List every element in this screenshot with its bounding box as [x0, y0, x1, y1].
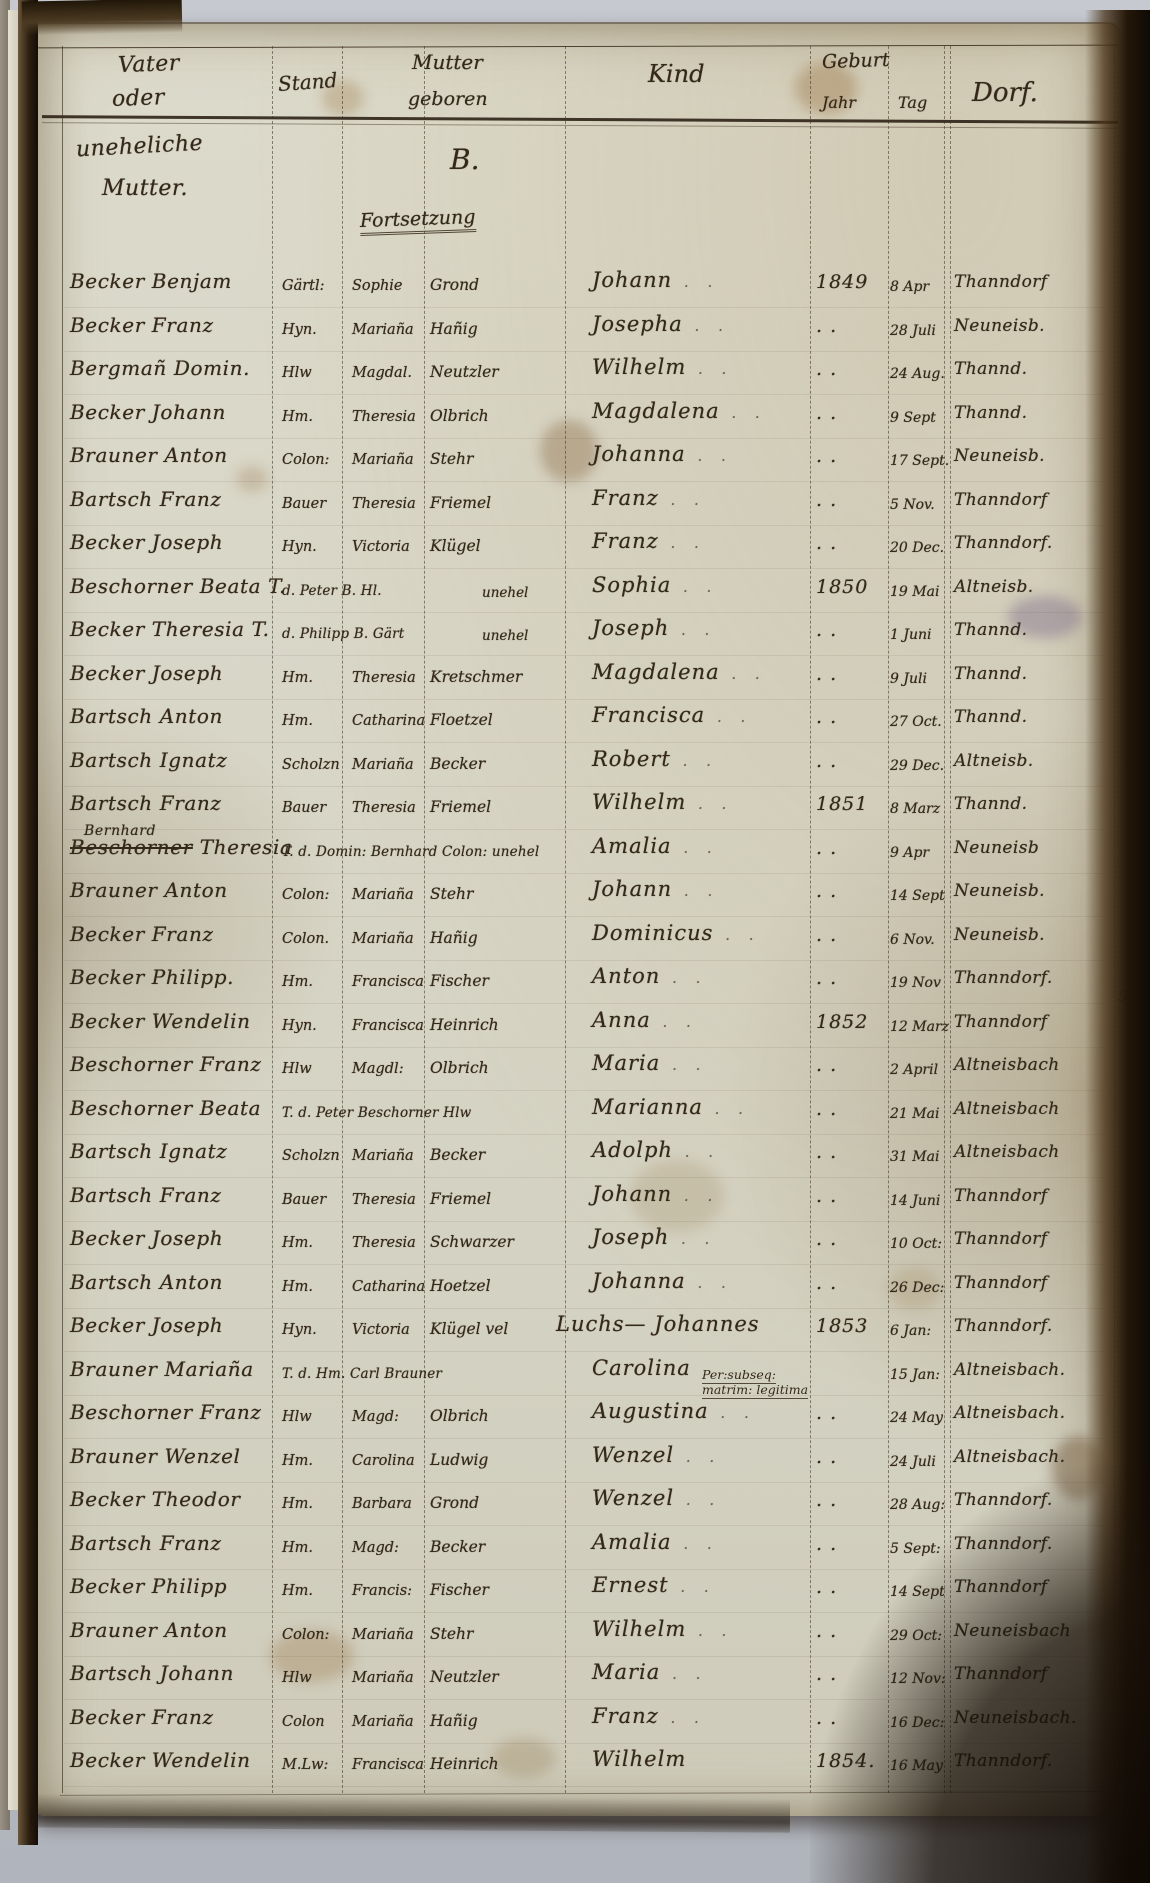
register-row: Brauner AntonColon:MariañaStehrJohann. .… [0, 874, 1150, 917]
mother-maiden-name: Stehr [430, 887, 473, 903]
father-name: Beschorner Beata [70, 1098, 261, 1118]
birth-year: . . [816, 1709, 837, 1728]
birth-year: . . [816, 317, 837, 336]
register-row: +BernhardBeschorner TheresiaT. d. Domin:… [0, 831, 1150, 874]
mother-maiden-name: Neutzler [430, 1670, 499, 1686]
father-status: Hm. [282, 1541, 313, 1556]
mother-maiden-name: Friemel [430, 800, 491, 816]
header-father-line1: Vater [118, 53, 181, 77]
father-status: Hyn. [282, 1019, 317, 1034]
mother-given-name: Magdal. [352, 366, 412, 381]
mother-maiden-name: Becker [430, 1540, 485, 1556]
legitimation-note: Per:subseq:matrim: legitima [702, 1367, 872, 1397]
birth-year: . . [816, 1578, 837, 1597]
child-name: Anna [592, 1010, 698, 1031]
village-name: Thanndorf. [954, 970, 1053, 987]
father-status: Hm. [282, 1454, 313, 1469]
village-name: Thannd. [954, 405, 1027, 422]
birth-day: 2 April [890, 1063, 938, 1077]
mother-maiden-name: Hoetzel [430, 1279, 491, 1295]
mother-given-name: Francis: [352, 1584, 412, 1599]
father-status: Hm. [282, 714, 313, 729]
birth-year: . . [816, 1187, 837, 1206]
father-status: Hm. [282, 1236, 313, 1251]
header-father-line2: oder [112, 87, 166, 111]
village-name: Thanndorf [954, 1666, 1047, 1683]
mother-given-name: Carolina [352, 1454, 415, 1469]
birth-day: 5 Sept: [890, 1542, 941, 1556]
register-photo: Vater oder uneheliche Mutter. Stand Mutt… [0, 0, 1150, 1883]
village-name: Thanndorf. [954, 1492, 1053, 1509]
register-row: Bartsch FranzBauerTheresiaFriemelFranz. … [0, 483, 1150, 526]
village-name: Altneisbach [954, 1057, 1060, 1074]
child-name: Adolph [592, 1140, 720, 1161]
cross-mark: + [20, 1357, 40, 1381]
child-name: Franz [592, 488, 706, 509]
father-status: Colon. [282, 932, 329, 947]
row-guide-line [64, 1786, 1104, 1787]
mother-maiden-name: Kretschmer [430, 670, 522, 686]
mother-given-name: Mariaña [352, 1715, 414, 1730]
child-name: Amalia [592, 836, 719, 857]
father-status: Hyn. [282, 540, 317, 555]
birth-year: . . [816, 1143, 837, 1162]
register-row: Becker FranzColon.MariañaHañigDominicus.… [0, 918, 1150, 961]
village-name: Thanndorf. [954, 1318, 1053, 1335]
father-name: Bartsch Anton [70, 706, 223, 726]
child-name: Wilhelm [592, 792, 733, 813]
father-name: Becker Theodor [70, 1489, 241, 1509]
mother-given-name: Mariaña [352, 932, 414, 947]
birth-day: 21 Mai [890, 1107, 939, 1121]
mother-given-name: Francisca [352, 1019, 424, 1034]
birth-day: 10 Oct: [890, 1237, 942, 1251]
birth-day: 8 Marz [890, 802, 940, 816]
register-row: Becker JohannHm.TheresiaOlbrichMagdalena… [0, 396, 1150, 439]
birth-year: . . [816, 447, 837, 466]
birth-year: . . [816, 882, 837, 901]
header-birth: Geburt [822, 51, 890, 72]
child-name: Augustina [592, 1401, 756, 1422]
father-status: Gärtl: [282, 279, 325, 294]
birth-day: 9 Sept [890, 411, 936, 425]
mother-maiden-name: Schwarzer [430, 1235, 514, 1251]
birth-day: 12 Nov: [890, 1672, 946, 1686]
father-name: Brauner Anton [70, 880, 228, 900]
mother-given-name: Theresia [352, 497, 416, 512]
father-status: Scholzn [282, 758, 340, 773]
cross-mark: + [20, 1096, 40, 1120]
header-father-line4: Mutter. [102, 178, 188, 200]
header-birth-day: Tag [898, 95, 927, 111]
mother-given-name: Mariaña [352, 323, 414, 338]
father-name: Becker Franz [70, 1707, 214, 1727]
birth-year: . . [816, 1404, 837, 1423]
father-name: Beschorner Beata T. [70, 576, 286, 596]
child-name: Maria [592, 1053, 707, 1074]
father-name: Becker Franz [70, 924, 214, 944]
register-row: Bartsch IgnatzScholznMariañaBeckerAdolph… [0, 1135, 1150, 1178]
mother-maiden-name: Fischer [430, 974, 489, 990]
mother-maiden-name: Friemel [430, 1192, 491, 1208]
register-row: Bartsch AntonHm.CatharinaFloetzelFrancis… [0, 700, 1150, 743]
register-row: +Brauner MariañaT. d. Hm. Carl BraunerCa… [0, 1353, 1150, 1396]
village-name: Thanndorf [954, 1231, 1047, 1248]
birth-day: 15 Jan: [890, 1368, 940, 1382]
village-name: Neuneisb. [954, 318, 1045, 335]
birth-day: 12 Marz [890, 1020, 949, 1034]
mother-given-name: Mariaña [352, 888, 414, 903]
child-name: Marianna [592, 1097, 750, 1118]
mother-maiden-name: Heinrich [430, 1018, 499, 1034]
child-name: Johann [592, 270, 719, 291]
birth-year: . . [816, 491, 837, 510]
mother-given-name: Theresia [352, 671, 416, 686]
header-child: Kind [648, 62, 704, 86]
birth-year: . . [816, 534, 837, 553]
birth-day: 6 Nov. [890, 933, 935, 947]
illegitimate-note: unehel [482, 587, 528, 601]
child-name: Wenzel [592, 1488, 721, 1509]
father-name: Brauner Anton [70, 445, 228, 465]
parent-descent-note: d. Peter B. Hl. [282, 585, 382, 599]
mother-given-name: Mariaña [352, 1671, 414, 1686]
mother-maiden-name: Hañig [430, 1714, 478, 1730]
birth-year: 1850 [816, 578, 868, 597]
father-status: Colon: [282, 1628, 329, 1643]
birth-year: . . [816, 1665, 837, 1684]
register-row: +Beschorner BeataT. d. Peter Beschorner … [0, 1092, 1150, 1135]
child-name: Sophia [592, 575, 718, 596]
father-status: Hlw [282, 1062, 312, 1077]
register-row: Brauner AntonColon:MariañaStehrJohanna. … [0, 439, 1150, 482]
father-name: Bartsch Franz [70, 1185, 222, 1205]
birth-day: 19 Nov [890, 976, 941, 990]
register-row: Becker JosephHm.TheresiaSchwarzerJoseph.… [0, 1222, 1150, 1265]
village-name: Neuneisb. [954, 883, 1045, 900]
village-name: Thanndorf. [954, 535, 1053, 552]
mother-maiden-name: Klügel [430, 539, 481, 555]
birth-year: . . [816, 665, 837, 684]
child-name: Wilhelm [592, 357, 733, 378]
child-name: Magdalena [592, 401, 767, 422]
father-name: Bartsch Anton [70, 1272, 223, 1292]
mother-given-name: Victoria [352, 540, 410, 555]
village-name: Thannd. [954, 796, 1027, 813]
header-village: Dorf. [972, 80, 1038, 106]
father-name: Bartsch Franz [70, 793, 222, 813]
birth-year: . . [816, 708, 837, 727]
father-name: Becker Wendelin [70, 1750, 251, 1770]
mother-given-name: Francisca [352, 975, 424, 990]
birth-day: 9 Juli [890, 672, 927, 686]
father-name: Bartsch Johann [70, 1663, 234, 1683]
birth-year: . . [816, 839, 837, 858]
parent-descent-note: T. d. Hm. Carl Brauner [282, 1368, 442, 1382]
mother-maiden-name: Olbrich [430, 1061, 489, 1077]
parent-descent-note: d. Philipp B. Gärt [282, 628, 404, 642]
birth-year: . . [816, 926, 837, 945]
mother-maiden-name: Stehr [430, 1627, 473, 1643]
child-name: Joseph [592, 618, 716, 639]
village-name: Thanndorf [954, 492, 1047, 509]
village-name: Thanndorf [954, 1188, 1047, 1205]
father-name: Becker Benjam [70, 271, 232, 291]
birth-year: . . [816, 1230, 837, 1249]
father-name: Bergmañ Domin. [70, 358, 250, 378]
father-name: Becker Philipp [70, 1576, 227, 1596]
birth-day: 14 Sept [890, 1585, 945, 1599]
birth-year: . . [816, 404, 837, 423]
register-row: Bartsch JohannHlwMariañaNeutzlerMaria. .… [0, 1657, 1150, 1700]
section-letter: B. [450, 146, 479, 174]
father-status: Hyn. [282, 1323, 317, 1338]
birth-year: . . [816, 752, 837, 771]
birth-day: 19 Mai [890, 585, 939, 599]
birth-year: . . [816, 1274, 837, 1293]
mother-given-name: Barbara [352, 1497, 412, 1512]
village-name: Thannd. [954, 709, 1027, 726]
illegitimate-note: unehel [482, 630, 528, 644]
village-name: Thannd. [954, 622, 1027, 639]
father-name: Becker Johann [70, 402, 226, 422]
register-row: Becker TheodorHm.BarbaraGrondWenzel. .28… [0, 1483, 1150, 1526]
mother-maiden-name: Stehr [430, 452, 473, 468]
father-status: Colon: [282, 888, 329, 903]
header-birth-year: Jahr [822, 95, 856, 111]
mother-given-name: Theresia [352, 410, 416, 425]
father-name: Becker Theresia T. [70, 619, 270, 639]
father-status: Hm. [282, 410, 313, 425]
father-name: Becker Joseph [70, 663, 223, 683]
register-row: Bartsch IgnatzScholznMariañaBeckerRobert… [0, 744, 1150, 787]
register-row: Becker PhilippHm.Francis:FischerErnest. … [0, 1570, 1150, 1613]
birth-day: 31 Mai [890, 1150, 939, 1164]
mother-maiden-name: Ludwig [430, 1453, 488, 1469]
father-name: Brauner Wenzel [70, 1446, 241, 1466]
father-status: Bauer [282, 497, 326, 512]
village-name: Neuneisb. [954, 448, 1045, 465]
village-name: Altneisbach. [954, 1405, 1065, 1422]
register-row: Becker Philipp.Hm.FranciscaFischerAnton.… [0, 961, 1150, 1004]
father-status: Bauer [282, 1193, 326, 1208]
father-name: Becker Franz [70, 315, 214, 335]
register-row: Bartsch FranzBauerTheresiaFriemelWilhelm… [0, 787, 1150, 830]
father-status: Hm. [282, 1280, 313, 1295]
birth-day: 28 Juli [890, 324, 936, 338]
mother-maiden-name: Neutzler [430, 365, 499, 381]
register-row: Bartsch AntonHm.CatharinaHoetzelJohanna.… [0, 1266, 1150, 1309]
mother-given-name: Theresia [352, 1236, 416, 1251]
register-row: Brauner AntonColon:MariañaStehrWilhelm. … [0, 1614, 1150, 1657]
birth-year: . . [816, 1056, 837, 1075]
birth-year: . . [816, 1535, 837, 1554]
village-name: Neuneisb. [954, 927, 1045, 944]
father-name: Brauner Mariaña [70, 1359, 254, 1379]
father-name: Becker Joseph [70, 1228, 223, 1248]
register-row: Becker FranzHyn.MariañaHañigJosepha. .28… [0, 309, 1150, 352]
village-name: Thannd. [954, 361, 1027, 378]
child-name: Maria [592, 1662, 707, 1683]
register-row: +Beschorner Beata T.d. Peter B. Hl.unehe… [0, 570, 1150, 613]
child-name: Johanna [592, 444, 733, 465]
birth-year: . . [816, 969, 837, 988]
mother-maiden-name: Hañig [430, 322, 478, 338]
father-name: Bartsch Ignatz [70, 750, 227, 770]
register-row: Beschorner FranzHlwMagdl:OlbrichMaria. .… [0, 1048, 1150, 1091]
mother-given-name: Francisca [352, 1758, 424, 1773]
register-row: Bartsch FranzHm.Magd:BeckerAmalia. .5 Se… [0, 1527, 1150, 1570]
birth-day: 17 Sept. [890, 454, 949, 468]
header-mother-line1: Mutter [412, 52, 483, 72]
birth-day: 24 Aug. [890, 367, 945, 381]
register-row: Bergmañ Domin.HlwMagdal.NeutzlerWilhelm.… [0, 352, 1150, 395]
child-name: Dominicus [592, 923, 761, 944]
child-name: Carolina [592, 1358, 691, 1379]
mother-given-name: Magd: [352, 1541, 399, 1556]
child-name: Magdalena [592, 662, 767, 683]
father-status: Hlw [282, 1671, 312, 1686]
mother-given-name: Magd: [352, 1410, 399, 1425]
header-stand: Stand [277, 70, 338, 94]
cross-mark: + [20, 617, 40, 641]
birth-year: 1851 [816, 795, 868, 814]
father-status: Hm. [282, 1497, 313, 1512]
birth-year: 1853 [816, 1317, 868, 1336]
child-name: Anton [592, 966, 707, 987]
register-row: Becker JosephHm.TheresiaKretschmerMagdal… [0, 657, 1150, 700]
parent-descent-note: T. d. Peter Beschorner Hlw [282, 1107, 471, 1121]
birth-year: . . [816, 1622, 837, 1641]
birth-day: 1 Juni [890, 628, 931, 642]
mother-maiden-name: Floetzel [430, 713, 493, 729]
father-name: Brauner Anton [70, 1620, 228, 1640]
mother-maiden-name: Becker [430, 757, 485, 773]
register-row: +Becker Theresia T.d. Philipp B. Gärtune… [0, 613, 1150, 656]
mother-given-name: Catharina [352, 1280, 425, 1295]
child-name: Joseph [592, 1227, 716, 1248]
village-name: Thanndorf. [954, 1753, 1053, 1770]
mother-maiden-name: Heinrich [430, 1757, 499, 1773]
mother-maiden-name: Grond [430, 278, 479, 294]
father-status: Colon [282, 1715, 325, 1730]
parent-descent-note: T. d. Domin: Bernhard Colon: unehel [282, 846, 539, 860]
mother-given-name: Mariaña [352, 453, 414, 468]
register-row: Becker BenjamGärtl:SophieGrondJohann1849… [0, 265, 1150, 308]
birth-day: 16 Dec: [890, 1716, 944, 1730]
header-mother-line2: geboren [408, 90, 488, 109]
father-status: Hm. [282, 1584, 313, 1599]
village-name: Altneisb. [954, 579, 1034, 596]
birth-day: 14 Juni [890, 1194, 940, 1208]
child-name: Wenzel [592, 1445, 721, 1466]
register-row: Becker FranzColonMariañaHañigFranz. .16 … [0, 1701, 1150, 1744]
birth-day: 14 Sept [890, 889, 945, 903]
mother-maiden-name: Hañig [430, 931, 478, 947]
father-status: Hyn. [282, 323, 317, 338]
mother-given-name: Theresia [352, 801, 416, 816]
village-name: Thanndorf. [954, 1536, 1053, 1553]
father-status: Hlw [282, 1410, 312, 1425]
child-name: Josepha [592, 314, 730, 335]
mother-maiden-name: Olbrich [430, 409, 489, 425]
father-name: Becker Joseph [70, 1315, 223, 1335]
village-name: Thanndorf [954, 1275, 1047, 1292]
mother-maiden-name: Fischer [430, 1583, 489, 1599]
father-status: Hlw [282, 366, 312, 381]
village-name: Altneisbach [954, 1144, 1060, 1161]
register-row: Becker WendelinM.Lw:FranciscaHeinrichWil… [0, 1744, 1150, 1787]
father-status: Scholzn [282, 1149, 340, 1164]
mother-given-name: Catharina [352, 714, 425, 729]
birth-day: 5 Nov. [890, 498, 935, 512]
birth-day: 8 Apr [890, 280, 929, 294]
birth-year: . . [816, 1491, 837, 1510]
village-name: Neuneisb [954, 840, 1039, 857]
birth-year: . . [816, 1100, 837, 1119]
mother-maiden-name: Becker [430, 1148, 485, 1164]
father-name: Bartsch Franz [70, 1533, 222, 1553]
village-name: Altneisbach. [954, 1449, 1065, 1466]
child-name: Franz [592, 531, 706, 552]
village-name: Neuneisbach. [954, 1710, 1077, 1727]
mother-given-name: Mariaña [352, 1628, 414, 1643]
father-status: M.Lw: [282, 1758, 328, 1773]
child-name: Johann [592, 879, 719, 900]
father-status: Bauer [282, 801, 326, 816]
father-name: BernhardBeschorner Theresia [70, 837, 293, 857]
birth-year: . . [816, 1448, 837, 1467]
village-name: Thanndorf [954, 1014, 1047, 1031]
birth-day: 29 Oct: [890, 1629, 942, 1643]
child-name: Wilhelm [592, 1749, 686, 1770]
child-name: Amalia [592, 1532, 719, 1553]
birth-day: 27 Oct. [890, 715, 942, 729]
mother-maiden-name: Klügel vel [430, 1322, 508, 1338]
village-name: Altneisb. [954, 753, 1034, 770]
section-subtitle: Fortsetzung [360, 208, 476, 236]
village-name: Thanndorf [954, 274, 1047, 291]
father-name: Becker Philipp. [70, 967, 234, 987]
birth-day: 28 Aug: [890, 1498, 945, 1512]
father-status: Hm. [282, 975, 313, 990]
father-name: Becker Wendelin [70, 1011, 251, 1031]
register-row: Brauner WenzelHm.CarolinaLudwigWenzel. .… [0, 1440, 1150, 1483]
birth-year: 1854. [816, 1752, 875, 1771]
village-name: Altneisbach [954, 1101, 1060, 1118]
birth-day: 29 Dec. [890, 759, 944, 773]
birth-day: 24 Juli [890, 1455, 936, 1469]
father-name: Beschorner Franz [70, 1054, 262, 1074]
child-name: Johann [592, 1184, 719, 1205]
child-name: Francisca [592, 705, 752, 726]
father-correction: Bernhard [84, 824, 156, 838]
birth-day: 24 May [890, 1411, 943, 1425]
father-status: Colon: [282, 453, 329, 468]
child-name: Robert [592, 749, 718, 770]
father-status: Hm. [282, 671, 313, 686]
mother-given-name: Mariaña [352, 758, 414, 773]
birth-day: 26 Dec: [890, 1281, 944, 1295]
father-name: Becker Joseph [70, 532, 223, 552]
register-row: Becker JosephHyn.VictoriaKlügelFranz. .2… [0, 526, 1150, 569]
child-name: Franz [592, 1706, 706, 1727]
village-name: Neuneisbach [954, 1623, 1071, 1640]
mother-given-name: Theresia [352, 1193, 416, 1208]
birth-day: 16 May [890, 1759, 943, 1773]
father-name: Bartsch Ignatz [70, 1141, 227, 1161]
child-name: Luchs— Johannes [556, 1314, 760, 1335]
